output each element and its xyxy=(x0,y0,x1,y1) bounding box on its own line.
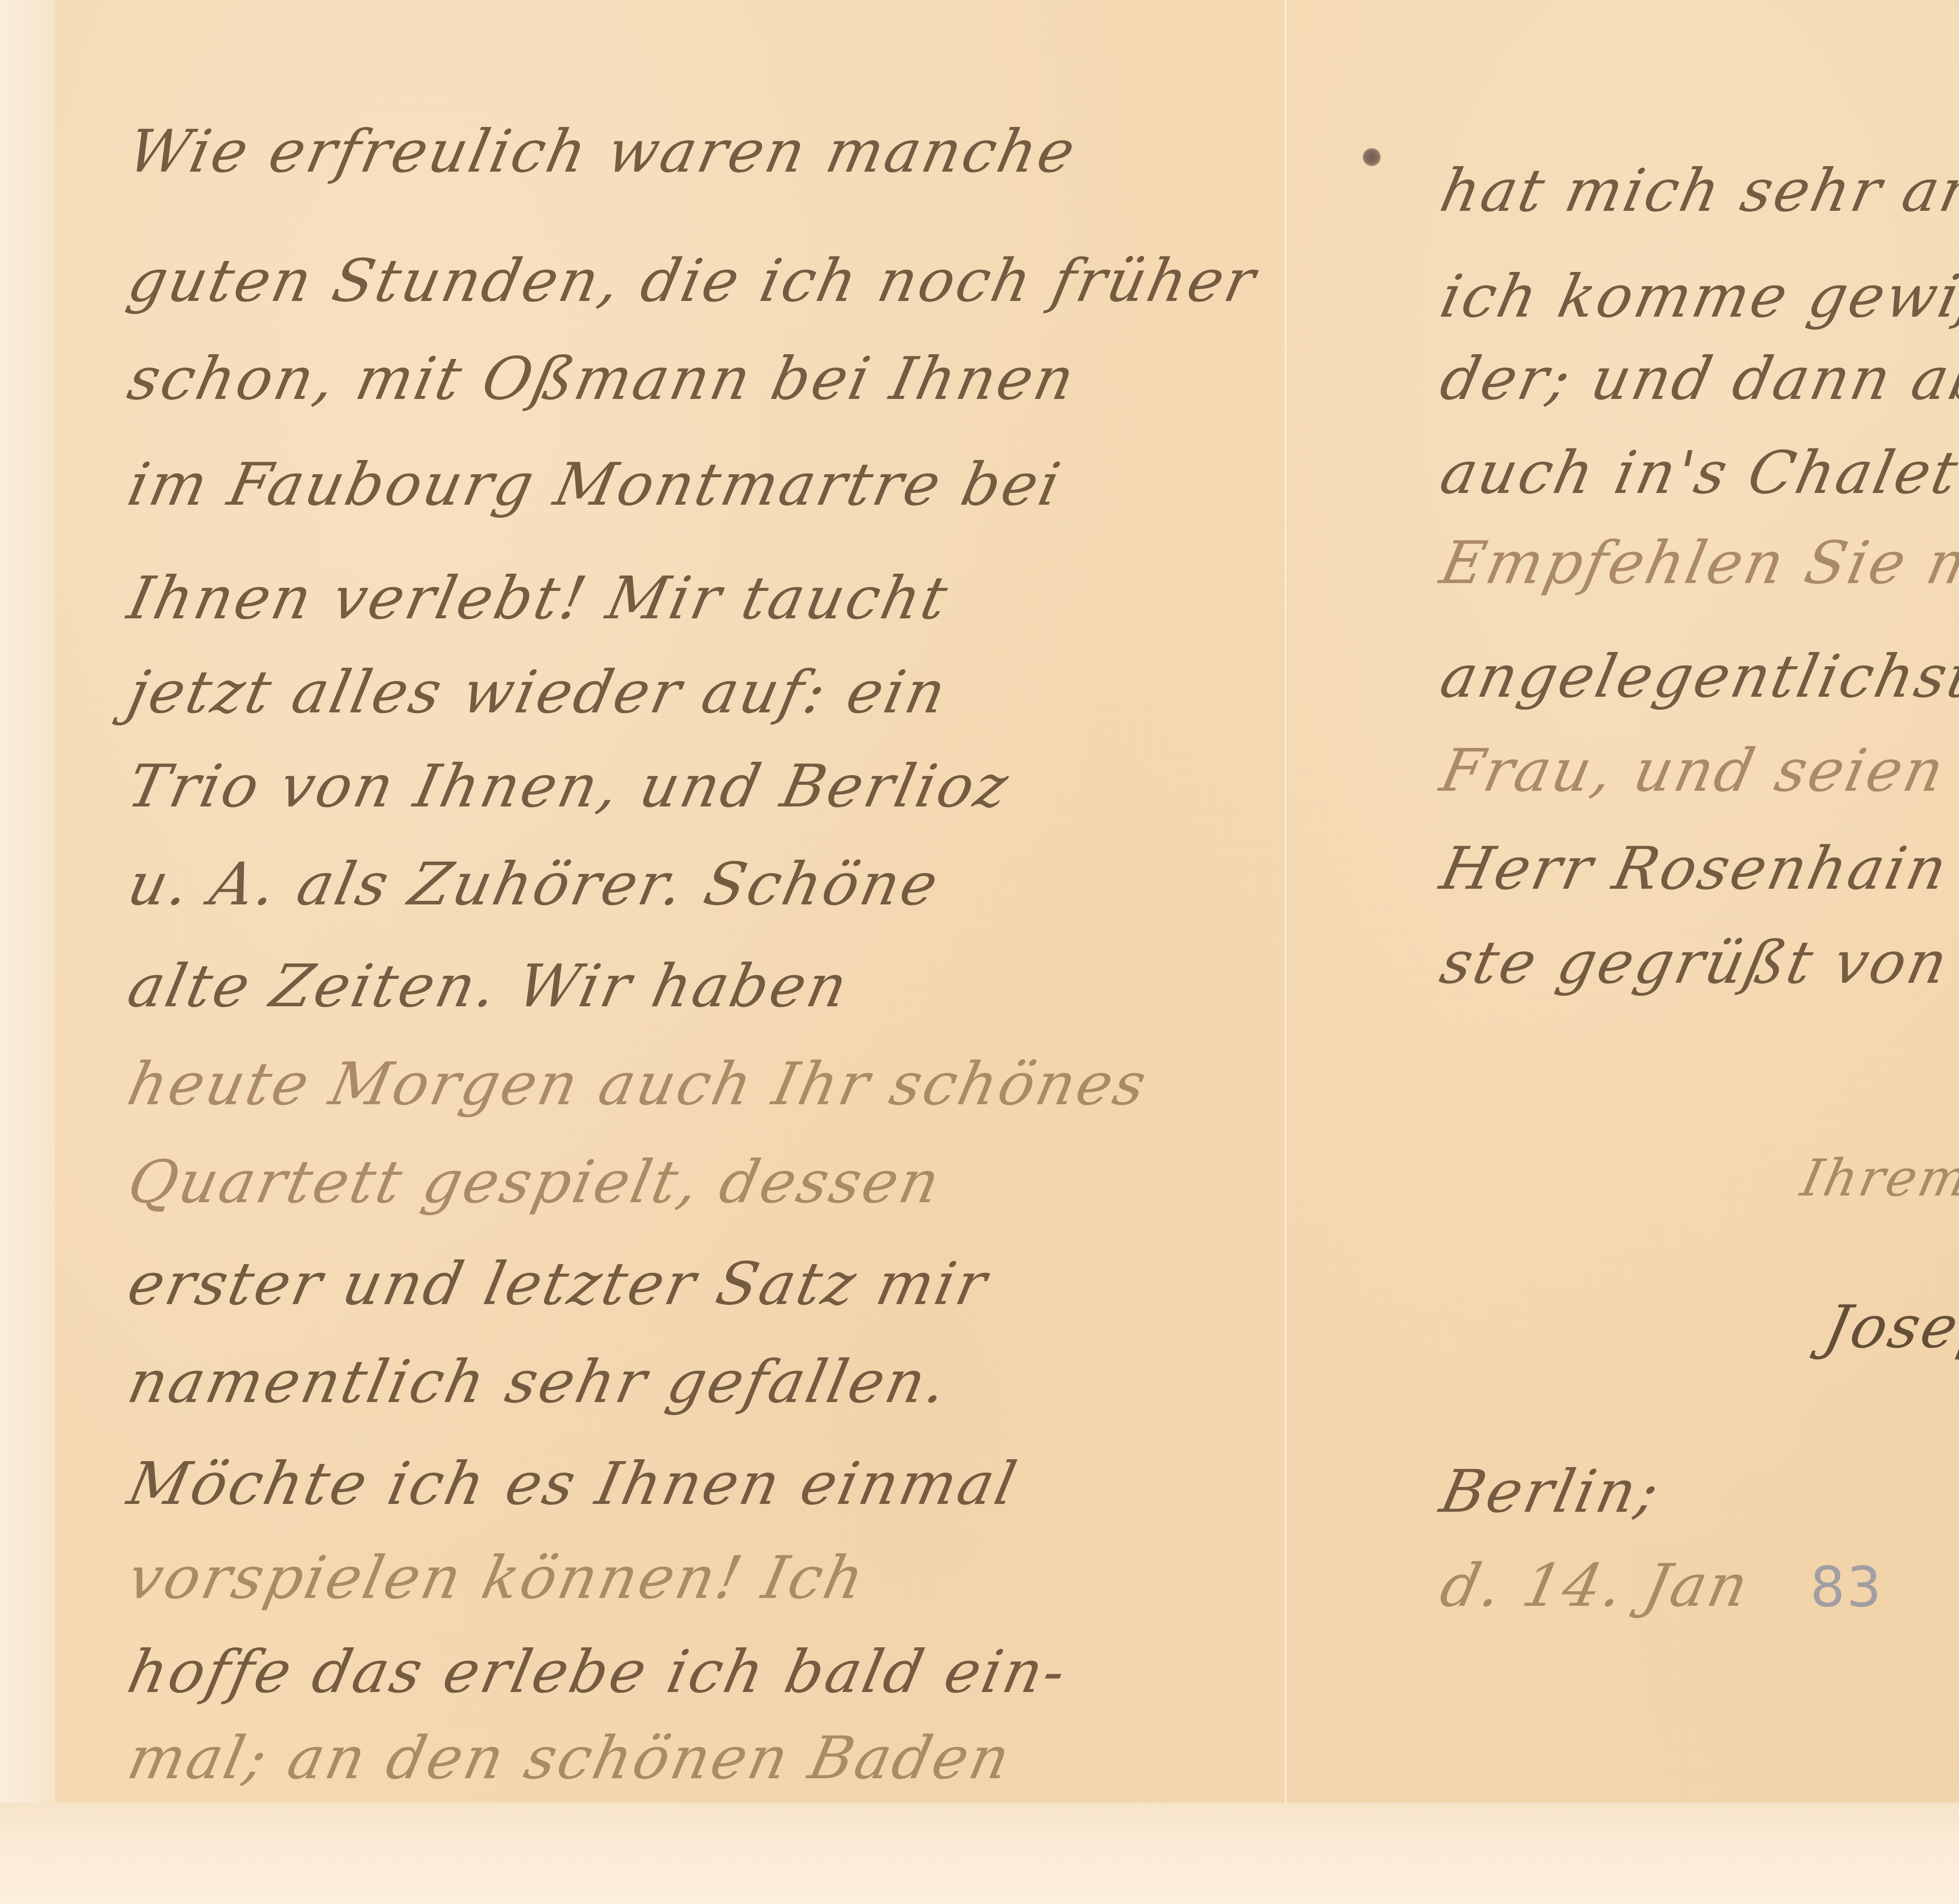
left-line-17: mal; an den schönen Baden xyxy=(122,1724,1018,1792)
left-line-7: Trio von Ihnen, und Berlioz xyxy=(122,752,1016,821)
right-line-3: der; und dann aber vor allem xyxy=(1435,345,1959,413)
left-line-4: im Faubourg Montmartre bei xyxy=(122,451,1068,519)
right-line-8: Herr Rosenhain auf das Wärm- xyxy=(1435,835,1959,903)
pencil-year-annotation: 83 xyxy=(1810,1556,1883,1620)
scan-margin-bottom xyxy=(0,1803,1959,1904)
right-line-1: hat mich sehr angemuthet, und xyxy=(1435,157,1959,225)
scan-margin-left xyxy=(0,0,55,1904)
left-line-6: jetzt alles wieder auf: ein xyxy=(122,658,954,726)
left-line-3: schon, mit Oßmann bei Ihnen xyxy=(122,345,1083,413)
left-line-15: vorspielen können! Ich xyxy=(122,1544,872,1612)
closing-line: Ihrem aufrichtig ergebenen xyxy=(1796,1148,1959,1208)
signature: Joseph Joachim xyxy=(1819,1293,1959,1361)
left-line-12: erster und letzter Satz mir xyxy=(122,1250,995,1318)
right-line-9: ste gegrüßt von xyxy=(1435,929,1956,997)
left-line-9: alte Zeiten. Wir haben xyxy=(122,952,855,1020)
right-line-6: angelegentlichst Ihrer verehrten xyxy=(1435,643,1959,711)
date-line: d. 14. Jan xyxy=(1435,1552,1756,1620)
left-line-1: Wie erfreulich waren manche xyxy=(122,118,1083,186)
left-line-13: namentlich sehr gefallen. xyxy=(122,1348,955,1416)
left-line-2: guten Stunden, die ich noch früher xyxy=(122,247,1264,315)
letter-scan: Wie erfreulich waren manche guten Stunde… xyxy=(0,0,1959,1904)
right-line-7: Frau, und seien Sie, lieber xyxy=(1435,737,1959,805)
place-line: Berlin; xyxy=(1435,1458,1667,1526)
left-line-10: heute Morgen auch Ihr schönes xyxy=(122,1050,1154,1118)
left-line-11: Quartett gespielt, dessen xyxy=(122,1148,948,1216)
left-line-5: Ihnen verlebt! Mir taucht xyxy=(122,564,956,632)
page-fold xyxy=(1284,0,1287,1904)
left-line-8: u. A. als Zuhörer. Schöne xyxy=(122,850,946,918)
left-line-16: hoffe das erlebe ich bald ein- xyxy=(122,1638,1074,1706)
right-line-5: Empfehlen Sie mich, bitte, xyxy=(1435,529,1959,597)
ink-blot xyxy=(1363,148,1381,166)
left-line-14: Möchte ich es Ihnen einmal xyxy=(122,1450,1024,1518)
right-line-4: auch in's Chalet Rosenhain. xyxy=(1435,439,1959,507)
right-line-2: ich komme gewiß bald wie- xyxy=(1435,263,1959,331)
